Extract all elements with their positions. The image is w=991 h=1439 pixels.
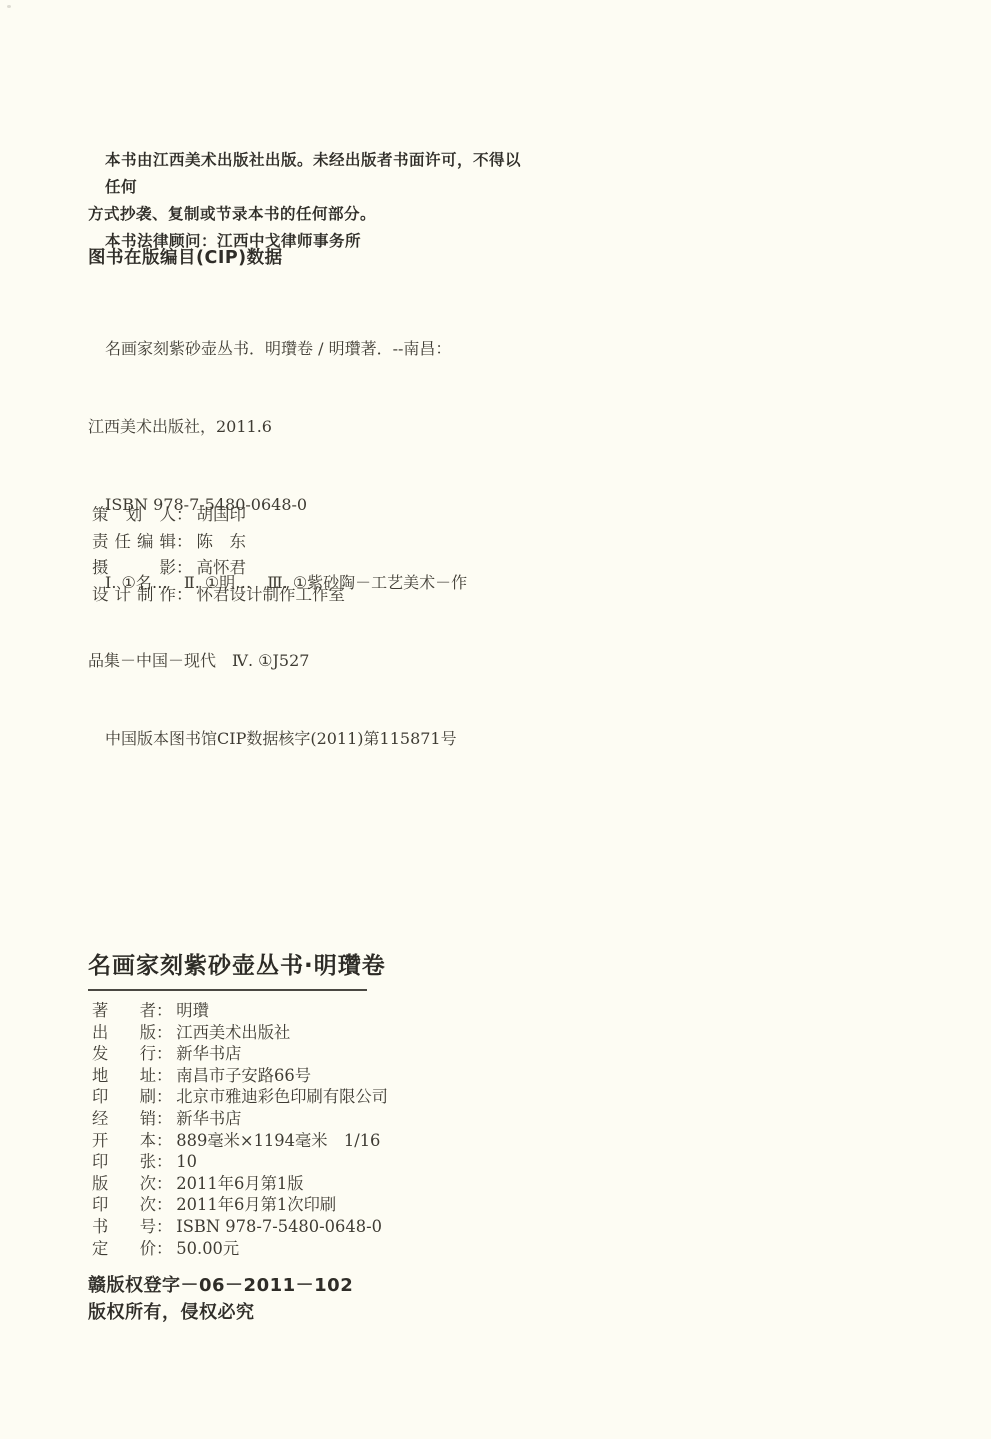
- colophon-label: 定价: [92, 1238, 156, 1260]
- series-title: 名画家刻紫砂壶丛书·明瓚卷: [88, 947, 386, 980]
- colophon-value: 新华书店: [176, 1109, 241, 1128]
- legal-notice: 本书由江西美术出版社出版。未经出版者书面许可，不得以任何 方式抄袭、复制或节录本…: [88, 147, 533, 255]
- credit-value: 怀君设计制作工作室: [197, 585, 346, 604]
- colophon-label: 书号: [92, 1216, 156, 1238]
- colophon-value: 江西美术出版社: [176, 1023, 290, 1042]
- publication-info-block: 著者：明瓚 出版：江西美术出版社 发行：新华书店 地址：南昌市子安路66号 印刷…: [92, 1000, 388, 1259]
- colophon-value: 2011年6月第1版: [176, 1174, 303, 1193]
- colophon-label: 地址: [92, 1065, 156, 1087]
- colophon-row-author: 著者：明瓚: [92, 1000, 388, 1022]
- colon: ：: [156, 1087, 172, 1106]
- colophon-row-sheets: 印张：10: [92, 1151, 388, 1173]
- colophon-value: 明瓚: [176, 1001, 209, 1020]
- colophon-row-price: 定价：50.00元: [92, 1238, 388, 1260]
- cip-heading: 图书在版编目(CIP)数据: [88, 244, 283, 269]
- credit-label: 责任编辑: [92, 529, 176, 556]
- colophon-row-edition: 版次：2011年6月第1版: [92, 1173, 388, 1195]
- colophon-row-seller: 经销：新华书店: [92, 1108, 388, 1130]
- credits-block: 策划人：胡国印 责任编辑：陈 东 摄影：高怀君 设计制作：怀君设计制作工作室: [92, 502, 345, 608]
- cip-record-number: 中国版本图书馆CIP数据核字(2011)第115871号: [88, 726, 518, 752]
- colophon-label: 印次: [92, 1194, 156, 1216]
- colon: ：: [156, 1109, 172, 1128]
- legal-notice-line: 方式抄袭、复制或节录本书的任何部分。: [88, 201, 533, 228]
- credit-row-editor: 责任编辑：陈 东: [92, 529, 345, 556]
- colophon-value: 北京市雅迪彩色印刷有限公司: [176, 1087, 388, 1106]
- colophon-row-printer: 印刷：北京市雅迪彩色印刷有限公司: [92, 1086, 388, 1108]
- colon: ：: [156, 1152, 172, 1171]
- scan-artifact: [7, 5, 11, 8]
- colophon-value: ISBN 978-7-5480-0648-0: [176, 1217, 382, 1236]
- colophon-row-publisher: 出版：江西美术出版社: [92, 1022, 388, 1044]
- credit-value: 高怀君: [197, 558, 247, 577]
- credit-value: 陈 东: [197, 532, 247, 551]
- colophon-label: 版次: [92, 1173, 156, 1195]
- colophon-label: 著者: [92, 1000, 156, 1022]
- colophon-label: 出版: [92, 1022, 156, 1044]
- colophon-label: 印刷: [92, 1086, 156, 1108]
- colon: ：: [176, 558, 193, 577]
- colophon-row-isbn: 书号：ISBN 978-7-5480-0648-0: [92, 1216, 388, 1238]
- colon: ：: [156, 1174, 172, 1193]
- colon: ：: [156, 1239, 172, 1258]
- colon: ：: [156, 1001, 172, 1020]
- colon: ：: [156, 1131, 172, 1150]
- credit-row-photographer: 摄影：高怀君: [92, 555, 345, 582]
- registration-number: 赣版权登字－06－2011－102: [88, 1271, 353, 1297]
- legal-notice-line: 本书由江西美术出版社出版。未经出版者书面许可，不得以任何: [88, 147, 533, 201]
- colophon-value: 2011年6月第1次印刷: [176, 1195, 336, 1214]
- colophon-value: 889毫米×1194毫米 1/16: [176, 1131, 380, 1150]
- credit-row-planner: 策划人：胡国印: [92, 502, 345, 529]
- colophon-value: 10: [176, 1152, 197, 1171]
- credit-label: 设计制作: [92, 582, 176, 609]
- credit-label: 摄影: [92, 555, 176, 582]
- colophon-label: 发行: [92, 1043, 156, 1065]
- cip-classification-line: 品集－中国－现代 Ⅳ. ①J527: [88, 648, 518, 674]
- copyright-notice: 版权所有，侵权必究: [88, 1298, 255, 1324]
- credit-value: 胡国印: [197, 505, 247, 524]
- colon: ：: [156, 1217, 172, 1236]
- title-underline: [88, 989, 367, 991]
- colon: ：: [176, 585, 193, 604]
- colon: ：: [156, 1044, 172, 1063]
- colon: ：: [176, 532, 193, 551]
- colophon-label: 印张: [92, 1151, 156, 1173]
- colophon-row-address: 地址：南昌市子安路66号: [92, 1065, 388, 1087]
- colophon-label: 经销: [92, 1108, 156, 1130]
- cip-title-statement: 名画家刻紫砂壶丛书．明瓚卷 / 明瓚著．--南昌：: [88, 336, 518, 362]
- colon: ：: [156, 1066, 172, 1085]
- colophon-value: 南昌市子安路66号: [176, 1066, 311, 1085]
- colophon-label: 开本: [92, 1130, 156, 1152]
- colon: ：: [156, 1023, 172, 1042]
- credit-row-designer: 设计制作：怀君设计制作工作室: [92, 582, 345, 609]
- colophon-row-format: 开本：889毫米×1194毫米 1/16: [92, 1130, 388, 1152]
- copyright-page: 本书由江西美术出版社出版。未经出版者书面许可，不得以任何 方式抄袭、复制或节录本…: [0, 0, 991, 1439]
- colophon-row-impression: 印次：2011年6月第1次印刷: [92, 1194, 388, 1216]
- colophon-value: 新华书店: [176, 1044, 241, 1063]
- credit-label: 策划人: [92, 502, 176, 529]
- cip-publisher-line: 江西美术出版社，2011.6: [88, 414, 518, 440]
- colon: ：: [176, 505, 193, 524]
- colophon-value: 50.00元: [176, 1239, 239, 1258]
- colophon-row-distributor: 发行：新华书店: [92, 1043, 388, 1065]
- colon: ：: [156, 1195, 172, 1214]
